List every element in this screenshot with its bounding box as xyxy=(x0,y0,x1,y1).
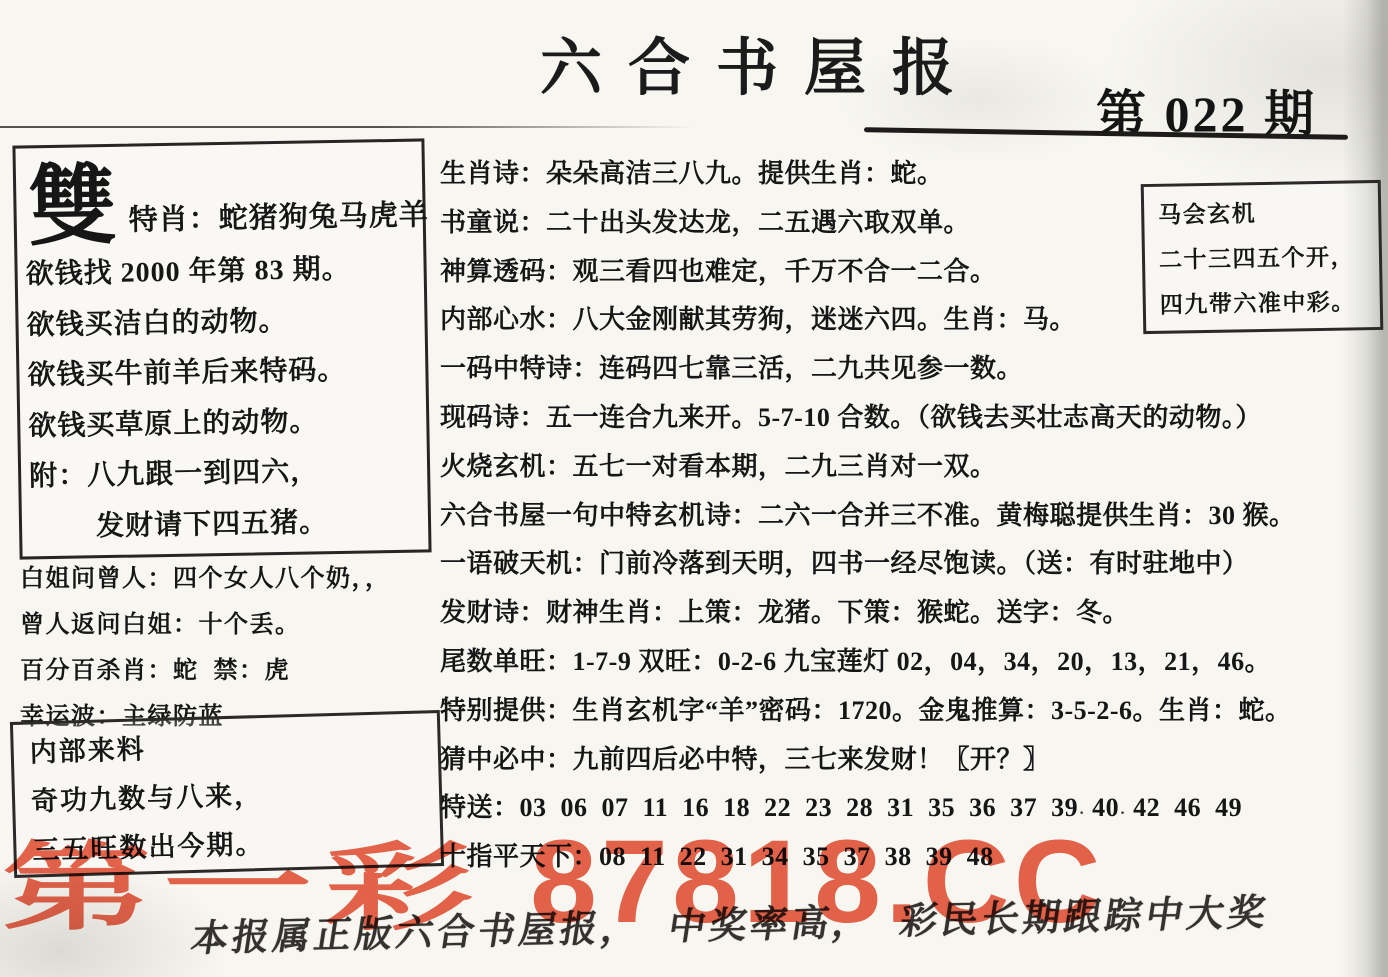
special-zodiac-line: 欲钱买洁白的动物。 xyxy=(18,294,425,352)
red-watermark: 第一彩 87818.CC xyxy=(2,828,903,937)
watermark-brand: 第一彩 xyxy=(2,841,486,937)
tip-line: 火烧玄机：五七一对看本期，二九三肖对一双。 xyxy=(440,443,1388,492)
tip-line: 一语破天机：门前冷落到天明，四书一经尽饱读。（送：有时驻地中） xyxy=(440,540,1388,589)
special-zodiac-lines: 欲钱找 2000 年第 83 期。欲钱买洁白的动物。欲钱买牛前羊后来特码。欲钱买… xyxy=(17,243,428,553)
sister-list-line: 曾人返问白姐：十个丢。 xyxy=(20,602,444,648)
scanned-lottery-sheet: { "page": { "title": "六合书屋报", "issue": "… xyxy=(0,0,1388,977)
special-zodiac-line: 欲钱买草原上的动物。 xyxy=(20,395,427,453)
tip-line: 发财诗：财神生肖：上策：龙猪。下策：猴蛇。送字：冬。 xyxy=(440,589,1388,638)
header-rule-left xyxy=(0,126,694,128)
special-zodiac-box: 雙 特肖：蛇猪狗兔马虎羊 欲钱找 2000 年第 83 期。欲钱买洁白的动物。欲… xyxy=(12,138,431,559)
tip-line: 六合书屋一句中特玄机诗：二六一合并三不准。黄梅聪提供生肖：30 猴。 xyxy=(440,492,1388,541)
tip-line: 猜中必中：九前四后必中特，三七来发财！〖开？〗 xyxy=(440,736,1388,785)
tip-line: 内部心水：八大金刚献其劳狗，迷迷六四。生肖：马。 xyxy=(440,296,1388,345)
tip-line: 现码诗：五一连合九来开。5-7-10 合数。（欲钱去买壮志高天的动物。） xyxy=(440,394,1388,443)
watermark-domain: 87818.CC xyxy=(530,828,1105,937)
tip-line: 一码中特诗：连码四七靠三活，二九共见参一数。 xyxy=(440,345,1388,394)
tip-line: 神算透码：观三看四也难定，千万不合一二合。 xyxy=(440,248,1388,297)
special-zodiac-line: 发财请下四五猪。 xyxy=(22,496,429,554)
double-character: 雙 xyxy=(28,168,117,250)
tip-line: 生肖诗：朵朵高洁三八九。提供生肖：蛇。 xyxy=(440,150,1388,199)
tip-line: 特别提供：生肖玄机字“羊”密码：1720。金鬼推算：3-5-2-6。生肖：蛇。 xyxy=(440,687,1388,736)
main-text-column: 生肖诗：朵朵高洁三八九。提供生肖：蛇。书童说：二十出头发达龙，二五遇六取双单。神… xyxy=(440,150,1388,882)
special-zodiac-line: 欲钱找 2000 年第 83 期。 xyxy=(17,243,424,301)
page-title: 六合书屋报 xyxy=(500,18,1020,107)
special-zodiac-line: 欲钱买牛前羊后来特码。 xyxy=(19,344,426,402)
tip-line: 尾数单旺：1-7-9 双旺：0-2-6 九宝莲灯 02，04，34，20，13，… xyxy=(440,638,1388,687)
sister-list-line: 百分百杀肖：蛇 禁：虎 xyxy=(20,648,444,694)
sister-list-line: 白姐问曾人：四个女人八个奶，， xyxy=(20,556,444,602)
special-zodiac-line: 附：八九跟一到四六， xyxy=(21,445,428,503)
special-zodiac-headline: 特肖：蛇猪狗兔马虎羊 xyxy=(128,192,429,248)
special-zodiac-header: 雙 特肖：蛇猪狗兔马虎羊 xyxy=(15,141,423,250)
tip-line: 书童说：二十出头发达龙，二五遇六取双单。 xyxy=(440,199,1388,248)
